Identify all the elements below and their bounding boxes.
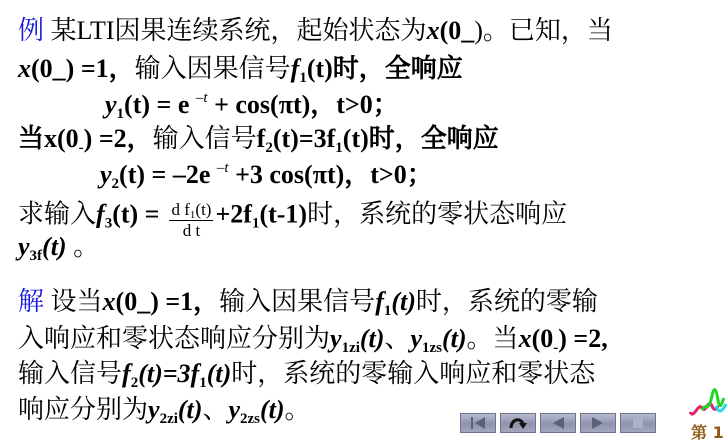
previous-slide-button[interactable]: [540, 413, 576, 433]
solution-line-3: 输入信号f2(t)=3f1(t)时，系统的零输入响应和零状态: [18, 359, 595, 389]
solution-label: 解: [18, 287, 44, 316]
triangle-right-icon: [587, 416, 609, 430]
slide-navigation: [460, 413, 656, 433]
page-number-label: 第 1: [691, 420, 724, 442]
derivative-fraction: d f1(t)d t: [169, 200, 213, 241]
skip-to-start-icon: [467, 416, 489, 430]
waveform-logo-icon: [688, 384, 727, 420]
example-label: 例: [18, 16, 44, 45]
example-line-4: 求输入f3(t) =d f1(t)d t+2f1(t-1)时，系统的零状态响应: [18, 196, 567, 237]
solution-line-4: 响应分别为y2zi(t)、y2zs(t)。: [18, 395, 311, 425]
solution-line-2: 入响应和零状态响应分别为y1zi(t)、y1zs(t)。当x(0-) =2,: [18, 324, 608, 354]
stop-square-icon: [627, 416, 649, 430]
equation-y2: y2(t) = –2e –t +3 cos(πt)，t>0；: [100, 160, 433, 190]
solution-line-1: 解 设当x(0_) =1，输入因果信号f1(t)时，系统的零输: [18, 287, 598, 317]
first-slide-button[interactable]: [460, 413, 496, 433]
next-slide-button[interactable]: [580, 413, 616, 433]
triangle-left-icon: [547, 416, 569, 430]
example-line-2: x(0_) =1，输入因果信号f1(t)时，全响应: [18, 54, 463, 84]
example-line-1: 例 某LTI因果连续系统，起始状态为x(0_)。已知，当: [18, 16, 613, 46]
equation-y1: y1(t) = e –t + cos(πt)，t>0；: [105, 90, 399, 120]
curved-return-arrow-icon: [507, 416, 529, 430]
example-line-5: y3f(t) 。: [18, 232, 99, 262]
return-button[interactable]: [500, 413, 536, 433]
last-slide-button[interactable]: [620, 413, 656, 433]
example-line-3: 当x(0-) =2，输入信号f2(t)=3f1(t)时，全响应: [18, 124, 499, 154]
